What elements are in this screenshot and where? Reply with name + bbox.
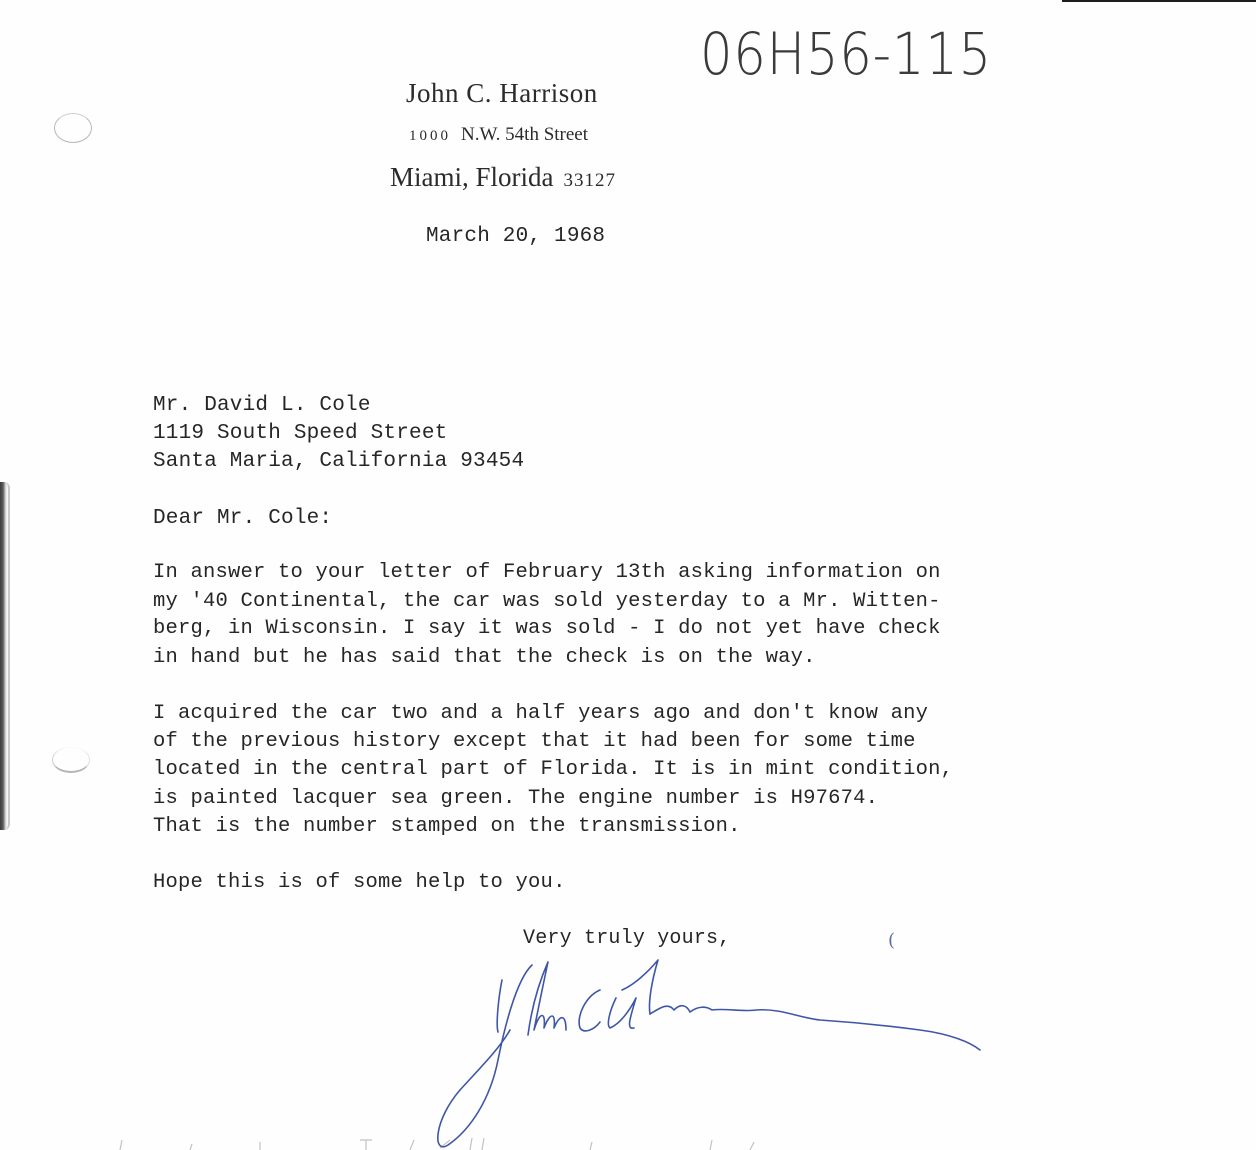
body-line: my '40 Continental, the car was sold yes… bbox=[153, 590, 941, 613]
closing: Very truly yours, bbox=[523, 927, 730, 950]
stray-mark: ( bbox=[888, 930, 895, 951]
recipient-street: 1119 South Speed Street bbox=[153, 422, 447, 445]
body-line: is painted lacquer sea green. The engine… bbox=[153, 787, 878, 810]
letterhead-city: Miami, Florida33127 bbox=[390, 162, 616, 193]
body-line: Hope this is of some help to you. bbox=[153, 871, 566, 894]
salutation: Dear Mr. Cole: bbox=[153, 507, 332, 530]
punch-hole-top bbox=[54, 113, 92, 143]
binder-edge bbox=[0, 482, 10, 830]
body-line: in hand but he has said that the check i… bbox=[153, 646, 816, 669]
body-line: That is the number stamped on the transm… bbox=[153, 815, 741, 838]
letterhead-street: 1000N.W. 54th Street bbox=[409, 124, 588, 146]
body-line: I acquired the car two and a half years … bbox=[153, 702, 928, 725]
letterhead-street-number: 1000 bbox=[409, 128, 451, 144]
letter-page: 06H56-115 John C. Harrison 1000N.W. 54th… bbox=[0, 0, 1256, 1150]
letterhead-zip: 33127 bbox=[564, 170, 617, 191]
body-line: of the previous history except that it h… bbox=[153, 730, 916, 753]
letter-date: March 20, 1968 bbox=[426, 225, 605, 248]
recipient-name: Mr. David L. Cole bbox=[153, 394, 371, 417]
punch-hole-bottom bbox=[52, 747, 90, 773]
recipient-city: Santa Maria, California 93454 bbox=[153, 450, 524, 473]
letterhead-city-state: Miami, Florida bbox=[390, 162, 554, 192]
cutoff-bottom-text bbox=[110, 1138, 830, 1150]
signature bbox=[420, 950, 1000, 1150]
body-line: located in the central part of Florida. … bbox=[153, 758, 953, 781]
body-line: berg, in Wisconsin. I say it was sold - … bbox=[153, 617, 941, 640]
letterhead-name: John C. Harrison bbox=[406, 78, 598, 109]
scan-edge-line bbox=[1062, 0, 1256, 2]
body-line: In answer to your letter of February 13t… bbox=[153, 561, 941, 584]
letterhead-street-name: N.W. 54th Street bbox=[461, 124, 588, 145]
handwritten-reference-number: 06H56-115 bbox=[700, 20, 992, 88]
